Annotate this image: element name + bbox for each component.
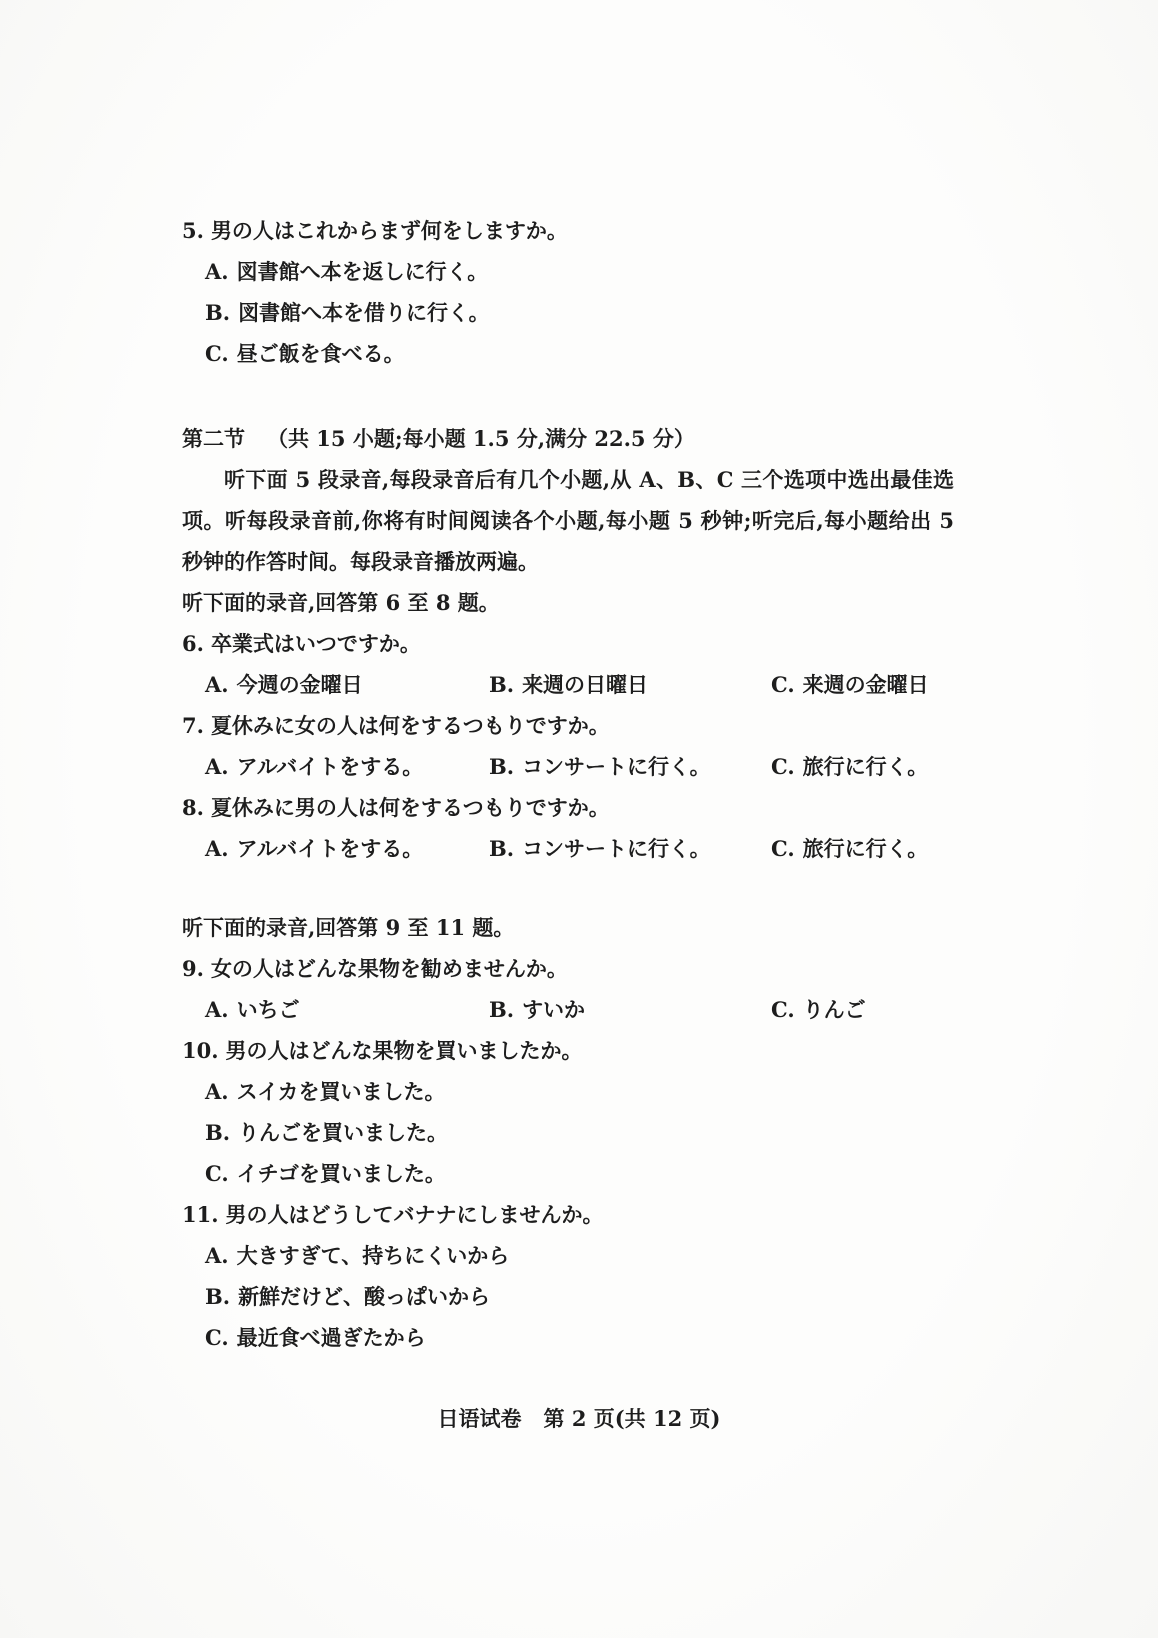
question-5-option-b: B.図書館へ本を借りに行く。 [182, 292, 954, 333]
option-label: B. [489, 997, 514, 1022]
option-label: A. [205, 997, 229, 1022]
option-label: C. [771, 754, 795, 779]
option-text: 昼ご飯を食べる。 [237, 341, 405, 366]
question-10: 10.男の人はどんな果物を買いましたか。 [182, 1030, 954, 1071]
option-text: すいか [522, 997, 585, 1022]
option-text: 今週の金曜日 [237, 672, 363, 697]
question-10-option-a: A.スイカを買いました。 [182, 1071, 954, 1112]
option-text: スイカを買いました。 [237, 1079, 446, 1104]
question-8-option-c: C.旅行に行く。 [771, 828, 954, 869]
question-8-option-b: B.コンサートに行く。 [489, 828, 771, 869]
option-text: りんご [803, 997, 866, 1022]
option-text: 大きすぎて、持ちにくいから [237, 1243, 510, 1268]
section-2-instructions: 听下面 5 段录音,每段录音后有几个小题,从 A、B、C 三个选项中选出最佳选项… [182, 459, 954, 582]
option-text: 来週の日曜日 [522, 672, 648, 697]
question-11-option-a: A.大きすぎて、持ちにくいから [182, 1235, 954, 1276]
question-number: 9. [182, 956, 204, 981]
option-text: 最近食べ過ぎたから [237, 1325, 426, 1350]
question-text: 夏休みに男の人は何をするつもりですか。 [211, 795, 610, 820]
section-2-heading: 第二节（共 15 小题;每小题 1.5 分,满分 22.5 分） [182, 418, 954, 459]
exam-page: 5.男の人はこれからまず何をしますか。 A.図書館へ本を返しに行く。 B.図書館… [0, 0, 1158, 1638]
question-text: 男の人はどんな果物を買いましたか。 [226, 1038, 583, 1063]
option-label: C. [205, 1325, 229, 1350]
question-text: 夏休みに女の人は何をするつもりですか。 [211, 713, 610, 738]
question-8-option-a: A.アルバイトをする。 [205, 828, 489, 869]
option-label: A. [205, 259, 229, 284]
section-2-note: （共 15 小题;每小题 1.5 分,满分 22.5 分） [267, 426, 695, 451]
question-9-option-b: B.すいか [489, 989, 771, 1030]
question-7-options: A.アルバイトをする。 B.コンサートに行く。 C.旅行に行く。 [182, 746, 954, 787]
question-7: 7.夏休みに女の人は何をするつもりですか。 [182, 705, 954, 746]
question-5-option-c: C.昼ご飯を食べる。 [182, 333, 954, 374]
option-text: りんごを買いました。 [238, 1120, 448, 1145]
question-10-option-b: B.りんごを買いました。 [182, 1112, 954, 1153]
option-label: C. [771, 836, 795, 861]
option-text: 図書館へ本を借りに行く。 [238, 300, 490, 325]
option-label: B. [205, 1284, 230, 1309]
option-text: コンサートに行く。 [522, 836, 711, 861]
question-6-option-a: A.今週の金曜日 [205, 664, 489, 705]
option-label: C. [771, 672, 795, 697]
page-footer: 日语试卷第 2 页(共 12 页) [0, 1398, 1158, 1439]
question-9-option-a: A.いちご [205, 989, 489, 1030]
question-11: 11.男の人はどうしてバナナにしませんか。 [182, 1194, 954, 1235]
option-text: イチゴを買いました。 [237, 1161, 446, 1186]
footer-doc-title: 日语试卷 [438, 1406, 522, 1431]
question-number: 6. [182, 631, 204, 656]
option-text: アルバイトをする。 [237, 754, 424, 779]
question-text: 男の人はこれからまず何をしますか。 [211, 218, 568, 243]
question-text: 卒業式はいつですか。 [211, 631, 421, 656]
question-11-option-b: B.新鮮だけど、酸っぱいから [182, 1276, 954, 1317]
footer-page-number: 第 2 页(共 12 页) [544, 1406, 721, 1431]
question-5-option-a: A.図書館へ本を返しに行く。 [182, 251, 954, 292]
question-number: 10. [182, 1038, 219, 1063]
option-text: 来週の金曜日 [803, 672, 929, 697]
option-label: B. [489, 672, 514, 697]
question-number: 7. [182, 713, 204, 738]
option-text: 旅行に行く。 [803, 754, 929, 779]
option-label: B. [205, 1120, 230, 1145]
option-label: B. [205, 300, 230, 325]
option-label: B. [489, 836, 514, 861]
question-text: 女の人はどんな果物を勧めませんか。 [211, 956, 568, 981]
exam-content: 5.男の人はこれからまず何をしますか。 A.図書館へ本を返しに行く。 B.図書館… [182, 210, 954, 1358]
question-7-option-a: A.アルバイトをする。 [205, 746, 489, 787]
question-5: 5.男の人はこれからまず何をしますか。 [182, 210, 954, 251]
question-11-option-c: C.最近食べ過ぎたから [182, 1317, 954, 1358]
question-10-option-c: C.イチゴを買いました。 [182, 1153, 954, 1194]
option-text: 新鮮だけど、酸っぱいから [238, 1284, 490, 1309]
option-label: C. [205, 341, 229, 366]
option-label: A. [205, 672, 229, 697]
option-label: A. [205, 754, 229, 779]
question-8-options: A.アルバイトをする。 B.コンサートに行く。 C.旅行に行く。 [182, 828, 954, 869]
question-6-options: A.今週の金曜日 B.来週の日曜日 C.来週の金曜日 [182, 664, 954, 705]
group-6-8-prompt: 听下面的录音,回答第 6 至 8 题。 [182, 582, 954, 623]
question-6-option-c: C.来週の金曜日 [771, 664, 954, 705]
question-number: 5. [182, 218, 204, 243]
question-number: 8. [182, 795, 204, 820]
option-text: いちご [237, 997, 300, 1022]
option-text: アルバイトをする。 [237, 836, 424, 861]
question-7-option-b: B.コンサートに行く。 [489, 746, 771, 787]
question-9-options: A.いちご B.すいか C.りんご [182, 989, 954, 1030]
option-label: B. [489, 754, 514, 779]
option-label: C. [205, 1161, 229, 1186]
question-number: 11. [182, 1202, 219, 1227]
question-text: 男の人はどうしてバナナにしませんか。 [226, 1202, 604, 1227]
question-9-option-c: C.りんご [771, 989, 954, 1030]
option-label: A. [205, 1079, 229, 1104]
option-label: A. [205, 836, 229, 861]
question-9: 9.女の人はどんな果物を勧めませんか。 [182, 948, 954, 989]
option-text: 図書館へ本を返しに行く。 [237, 259, 489, 284]
option-text: 旅行に行く。 [803, 836, 929, 861]
section-2-title: 第二节 [182, 426, 245, 451]
question-6-option-b: B.来週の日曜日 [489, 664, 771, 705]
group-9-11-prompt: 听下面的录音,回答第 9 至 11 题。 [182, 907, 954, 948]
question-7-option-c: C.旅行に行く。 [771, 746, 954, 787]
option-label: C. [771, 997, 795, 1022]
question-8: 8.夏休みに男の人は何をするつもりですか。 [182, 787, 954, 828]
option-text: コンサートに行く。 [522, 754, 711, 779]
question-6: 6.卒業式はいつですか。 [182, 623, 954, 664]
option-label: A. [205, 1243, 229, 1268]
